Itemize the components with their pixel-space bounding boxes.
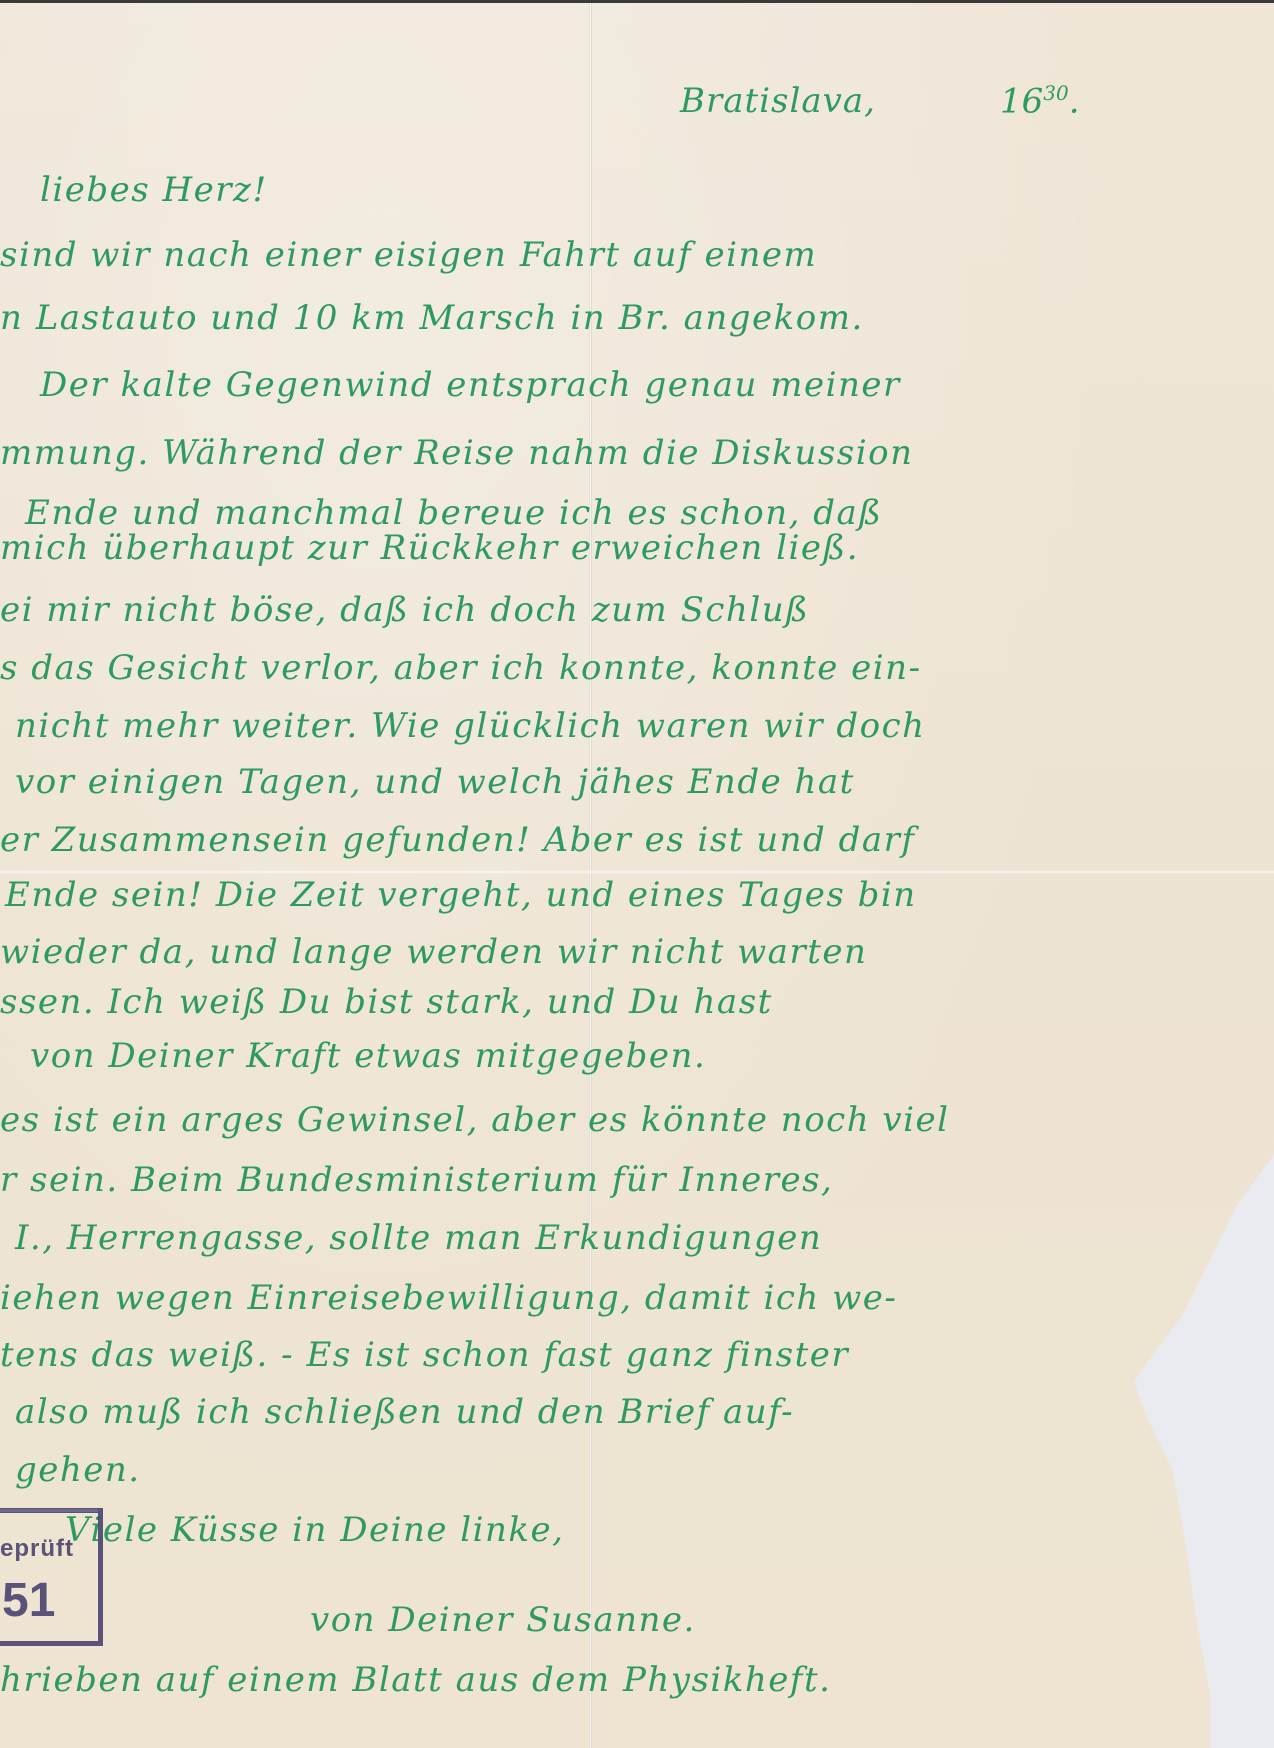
body-line: tens das weiß. - Es ist schon fast ganz …: [0, 1338, 849, 1372]
body-line: also muß ich schließen und den Brief auf…: [15, 1395, 794, 1429]
horizontal-crease: [0, 870, 1274, 874]
body-line: es ist ein arges Gewinsel, aber es könnt…: [0, 1103, 950, 1137]
letter-time: 1630.: [1000, 81, 1080, 121]
body-line: er Zusammensein gefunden! Aber es ist un…: [0, 823, 916, 857]
closing-kisses: Viele Küsse in Deine linke,: [65, 1513, 564, 1547]
stamp-word: eprüft: [0, 1535, 74, 1563]
body-line: ei mir nicht böse, daß ich doch zum Schl…: [0, 593, 809, 627]
signature: von Deiner Susanne.: [310, 1603, 696, 1637]
stamp-number: 51: [2, 1573, 55, 1628]
body-line: nicht mehr weiter. Wie glücklich waren w…: [15, 709, 926, 743]
body-line: mich überhaupt zur Rückkehr erweichen li…: [0, 531, 859, 565]
body-line: von Deiner Kraft etwas mitgegeben.: [30, 1039, 706, 1073]
body-line: iehen wegen Einreisebewilligung, damit i…: [0, 1281, 897, 1315]
letter-paper: Bratislava, 1630. liebes Herz! sind wir …: [0, 3, 1274, 1748]
body-line: Ende sein! Die Zeit vergeht, und eines T…: [5, 878, 917, 912]
body-line: r sein. Beim Bundesministerium für Inner…: [0, 1163, 833, 1197]
body-line: gehen.: [15, 1453, 141, 1487]
body-line: n Lastauto und 10 km Marsch in Br. angek…: [0, 301, 864, 335]
censor-stamp: eprüft 51: [0, 1508, 103, 1646]
top-border: [0, 0, 1274, 3]
body-line: Der kalte Gegenwind entsprach genau mein…: [40, 368, 901, 402]
body-line: s das Gesicht verlor, aber ich konnte, k…: [0, 651, 922, 685]
body-line: I., Herrengasse, sollte man Erkundigunge…: [15, 1221, 822, 1255]
body-line: vor einigen Tagen, und welch jähes Ende …: [15, 765, 855, 799]
letter-place: Bratislava,: [680, 81, 876, 121]
postscript: hrieben auf einem Blatt aus dem Physikhe…: [0, 1663, 831, 1697]
body-line: wieder da, und lange werden wir nicht wa…: [0, 935, 867, 969]
body-line: mmung. Während der Reise nahm die Diskus…: [0, 436, 913, 470]
body-line: Ende und manchmal bereue ich es schon, d…: [25, 496, 883, 530]
stamp-top-edge: [0, 1509, 98, 1512]
body-line: ssen. Ich weiß Du bist stark, und Du has…: [0, 985, 773, 1019]
salutation: liebes Herz!: [40, 173, 268, 207]
body-line: sind wir nach einer eisigen Fahrt auf ei…: [0, 238, 817, 272]
